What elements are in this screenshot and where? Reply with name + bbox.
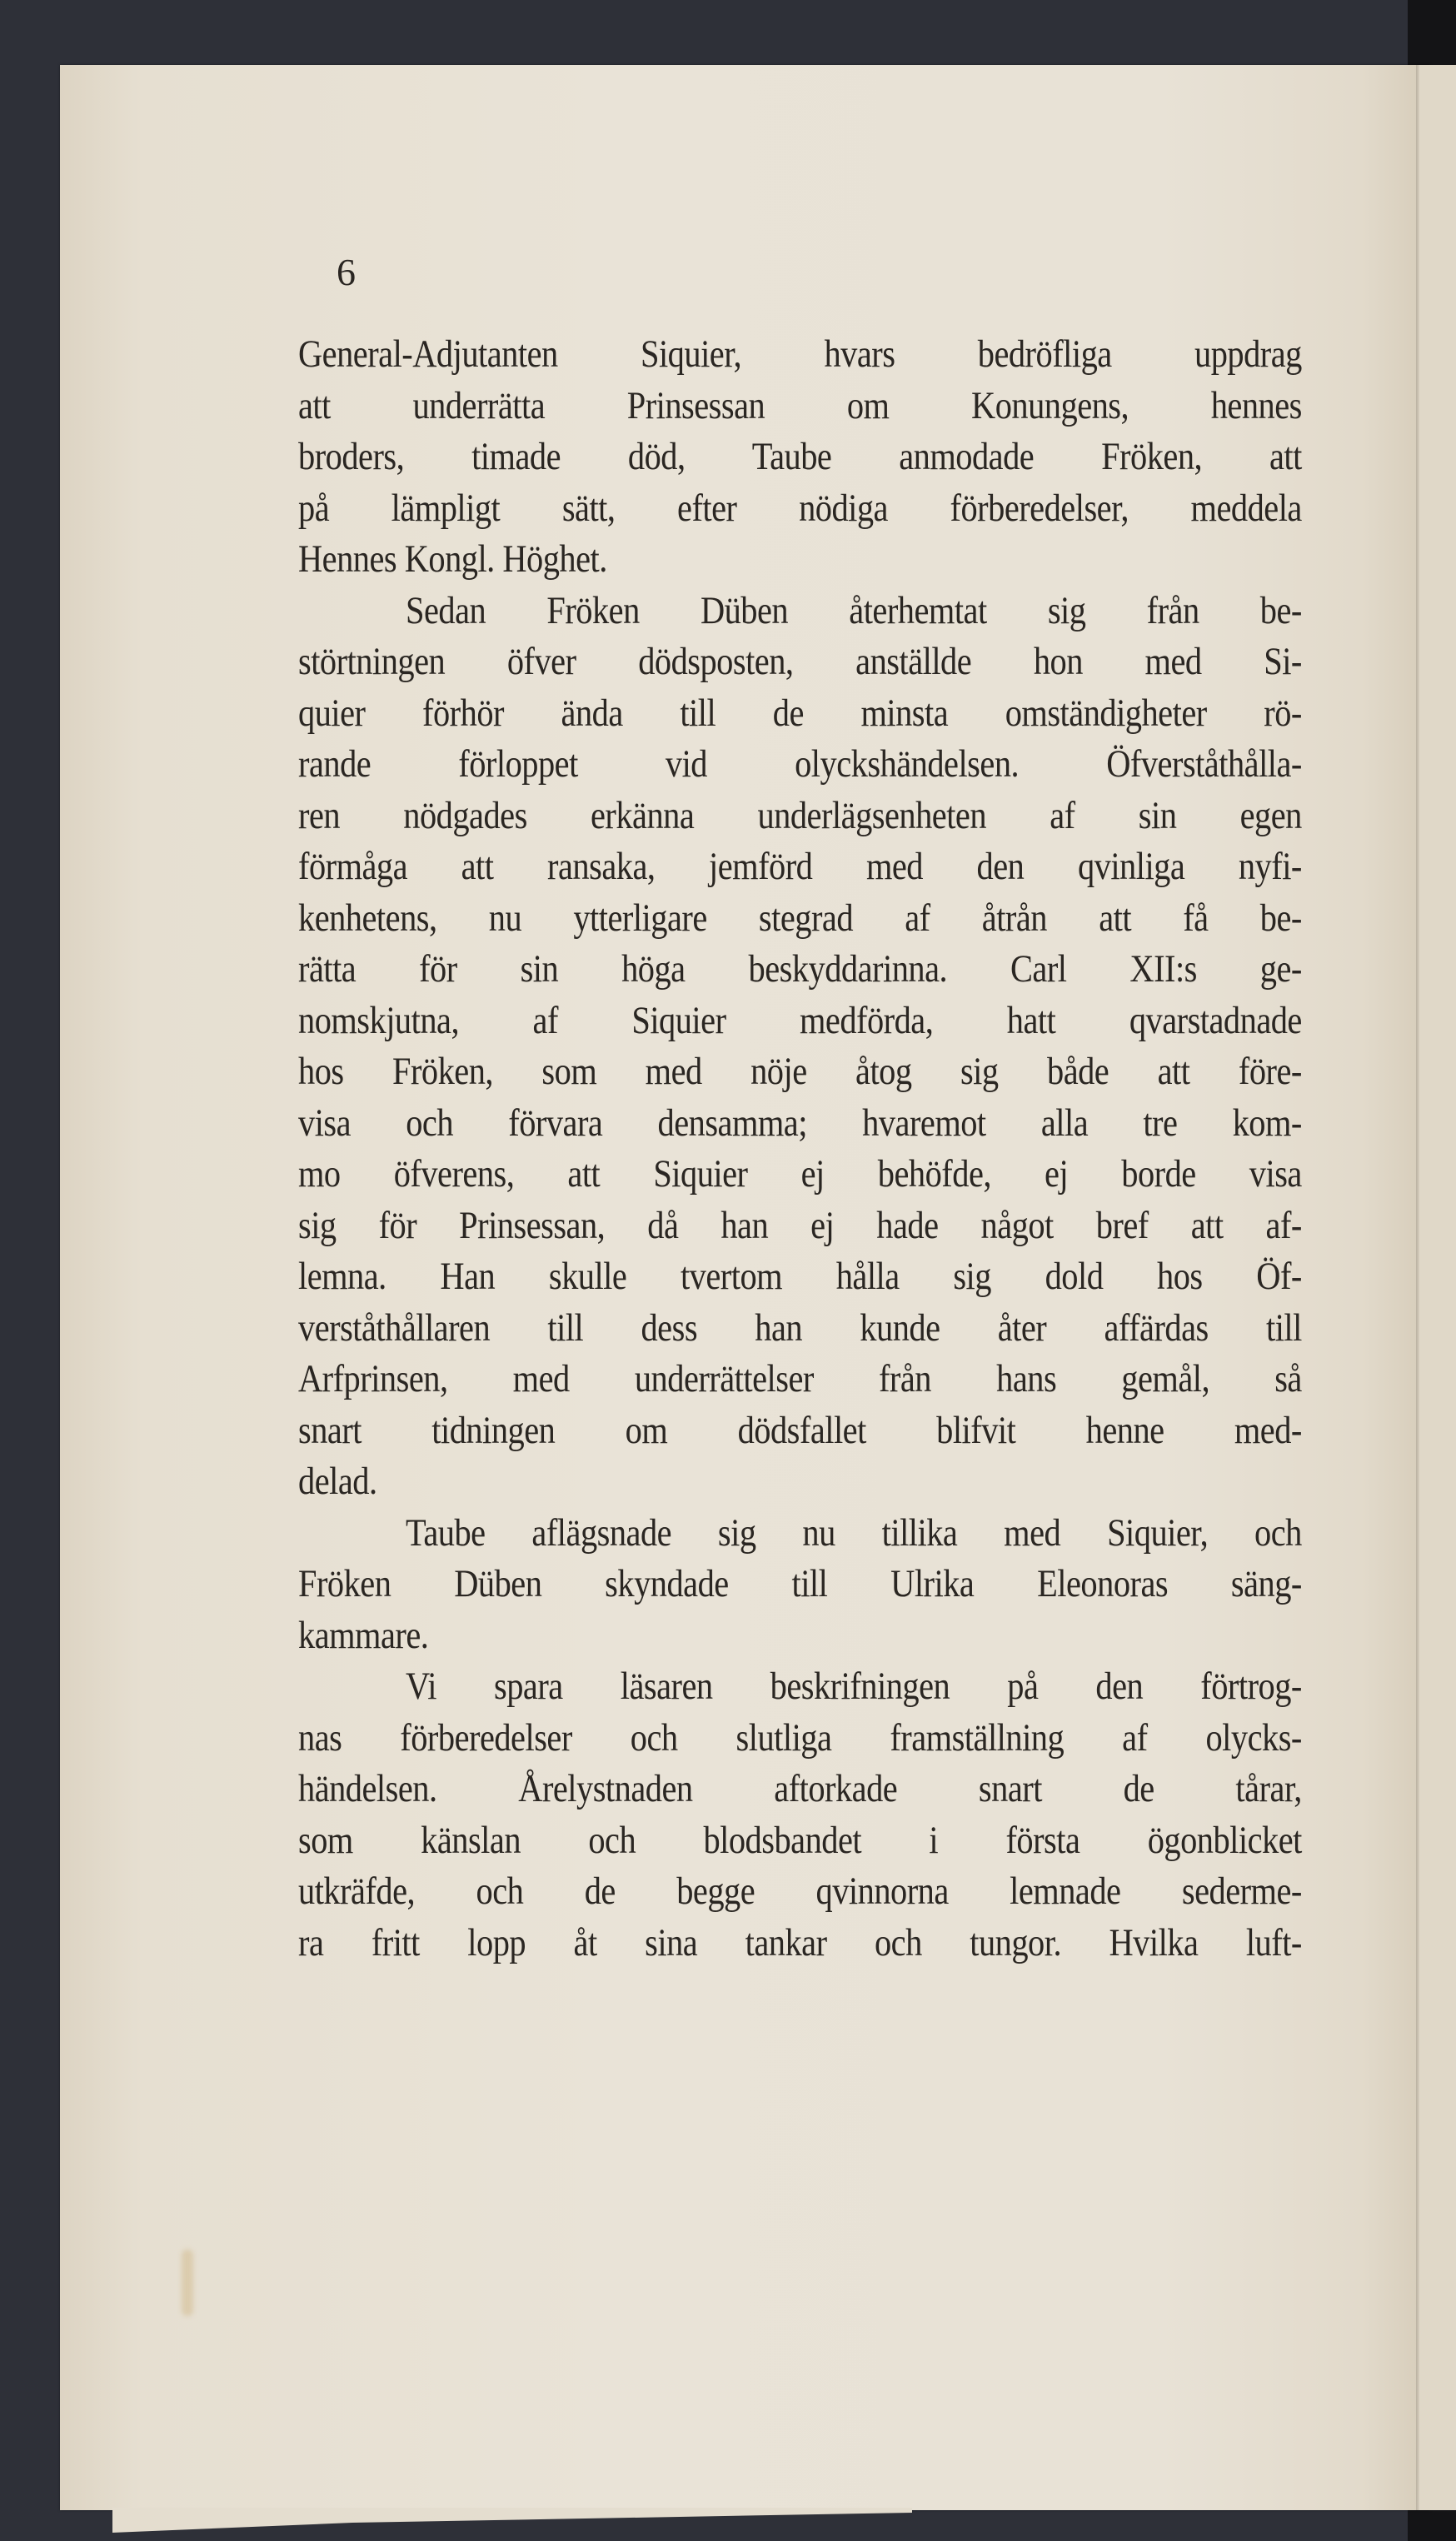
text-line: nas förberedelser och slutliga framställ… bbox=[298, 1713, 1302, 1765]
text-line: visa och förvara densamma; hvaremot alla… bbox=[298, 1098, 1302, 1150]
body-text: General-Adjutanten Siquier, hvars bedröf… bbox=[298, 329, 1302, 1969]
text-line: Vi spara läsaren beskrifningen på den fö… bbox=[298, 1661, 1302, 1713]
text-line: på lämpligt sätt, efter nödiga förberede… bbox=[298, 483, 1302, 535]
text-line: förmåga att ransaka, jemförd med den qvi… bbox=[298, 841, 1302, 893]
text-line: nomskjutna, af Siquier medförda, hatt qv… bbox=[298, 996, 1302, 1047]
text-line: broders, timade död, Taube anmodade Frök… bbox=[298, 432, 1302, 483]
text-line: quier förhör ända till de minsta omständ… bbox=[298, 688, 1302, 740]
text-line: kenhetens, nu ytterligare stegrad af åtr… bbox=[298, 893, 1302, 945]
text-line: Taube aflägsnade sig nu tillika med Siqu… bbox=[298, 1508, 1302, 1560]
text-line: Arfprinsen, med underrättelser från hans… bbox=[298, 1354, 1302, 1405]
page-torn-edge bbox=[112, 2508, 912, 2533]
paper-stain bbox=[182, 2249, 193, 2316]
text-line: lemna. Han skulle tvertom hålla sig dold… bbox=[298, 1251, 1302, 1303]
text-line: Hennes Kongl. Höghet. bbox=[298, 534, 1302, 586]
page-number: 6 bbox=[337, 253, 356, 292]
text-line: som känslan och blodsbandet i första ögo… bbox=[298, 1815, 1302, 1867]
page-fold-line bbox=[1416, 65, 1419, 2510]
text-line: Fröken Düben skyndade till Ulrika Eleono… bbox=[298, 1559, 1302, 1610]
text-line: händelsen. Årelystnaden aftorkade snart … bbox=[298, 1764, 1302, 1815]
text-line: störtningen öfver dödsposten, anställde … bbox=[298, 636, 1302, 688]
text-line: ren nödgades erkänna underlägsenheten af… bbox=[298, 791, 1302, 842]
text-line: rande förloppet vid olyckshändelsen. Öfv… bbox=[298, 739, 1302, 791]
text-line: snart tidningen om dödsfallet blifvit he… bbox=[298, 1405, 1302, 1457]
text-line: kammare. bbox=[298, 1610, 1302, 1662]
text-line: mo öfverens, att Siquier ej behöfde, ej … bbox=[298, 1149, 1302, 1201]
text-line: ra fritt lopp åt sina tankar och tungor.… bbox=[298, 1918, 1302, 1969]
text-line: Sedan Fröken Düben återhemtat sig från b… bbox=[298, 586, 1302, 637]
text-line: General-Adjutanten Siquier, hvars bedröf… bbox=[298, 329, 1302, 381]
text-line: utkräfde, och de begge qvinnorna lemnade… bbox=[298, 1866, 1302, 1918]
text-line: att underrätta Prinsessan om Konungens, … bbox=[298, 381, 1302, 432]
text-line: delad. bbox=[298, 1456, 1302, 1508]
text-line: hos Fröken, som med nöje åtog sig både a… bbox=[298, 1046, 1302, 1098]
text-line: sig för Prinsessan, då han ej hade något… bbox=[298, 1201, 1302, 1252]
text-line: rätta för sin höga beskyddarinna. Carl X… bbox=[298, 944, 1302, 996]
next-page-edge bbox=[1419, 65, 1456, 2510]
text-line: verståthållaren till dess han kunde åter… bbox=[298, 1303, 1302, 1355]
